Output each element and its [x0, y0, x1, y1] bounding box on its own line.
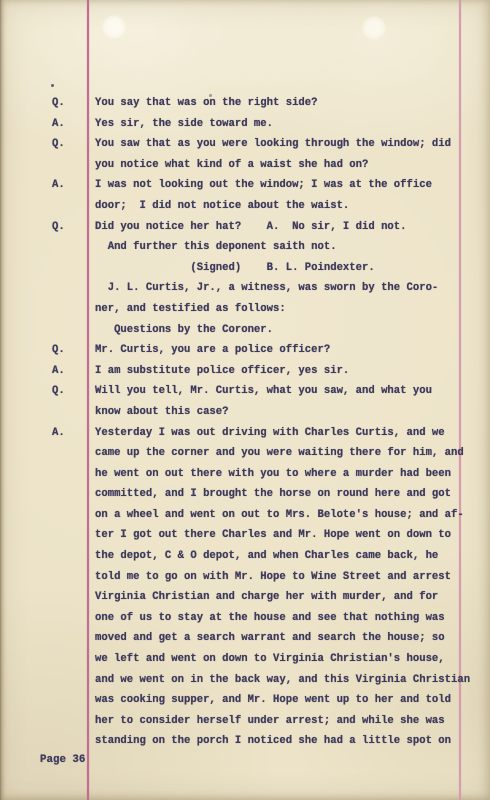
ink-speck: [51, 84, 54, 87]
line-text: one of us to stay at the house and see t…: [95, 608, 445, 629]
transcript-line: Q.Mr. Curtis, you are a police officer?: [52, 340, 488, 361]
transcript-line: the depot, C & O depot, and when Charles…: [52, 546, 488, 567]
transcript-line: Virginia Christian and charge her with m…: [52, 587, 488, 608]
line-text: the depot, C & O depot, and when Charles…: [95, 546, 438, 567]
line-text: ner, and testified as follows:: [95, 299, 286, 320]
transcript-line: A.Yesterday I was out driving with Charl…: [52, 423, 488, 444]
qa-label: Q.: [52, 134, 65, 155]
line-text: You saw that as you were looking through…: [95, 134, 451, 155]
transcript-line: her to consider herself under arrest; an…: [52, 711, 488, 732]
hole-punch-left: [102, 15, 126, 39]
line-text: (Signed) B. L. Poindexter.: [95, 258, 375, 279]
line-text: was cooking supper, and Mr. Hope went up…: [95, 690, 451, 711]
transcript-line: (Signed) B. L. Poindexter.: [52, 258, 488, 279]
qa-label: A.: [52, 114, 65, 135]
line-text: You say that was on the right side?: [95, 93, 318, 114]
line-text: Did you notice her hat? A. No sir, I did…: [95, 217, 407, 238]
transcript-line: he went on out there with you to where a…: [52, 464, 488, 485]
transcript-line: was cooking supper, and Mr. Hope went up…: [52, 690, 488, 711]
line-text: came up the corner and you were waiting …: [95, 443, 464, 464]
line-text: told me to go on with Mr. Hope to Wine S…: [95, 567, 451, 588]
line-text: ter I got out there Charles and Mr. Hope…: [95, 525, 451, 546]
transcript-line: ner, and testified as follows:: [52, 299, 488, 320]
line-text: And further this deponent saith not.: [95, 237, 337, 258]
transcript-line: came up the corner and you were waiting …: [52, 443, 488, 464]
transcript-line: And further this deponent saith not.: [52, 237, 488, 258]
transcript-line: A.I was not looking out the window; I wa…: [52, 175, 488, 196]
transcript-line: we left and went on down to Virginia Chr…: [52, 649, 488, 670]
qa-label: Q.: [52, 93, 65, 114]
document-page: Q.You say that was on the right side?A.Y…: [0, 0, 490, 800]
line-text: Virginia Christian and charge her with m…: [95, 587, 438, 608]
transcript-line: ter I got out there Charles and Mr. Hope…: [52, 525, 488, 546]
line-text: Will you tell, Mr. Curtis, what you saw,…: [95, 381, 432, 402]
transcript-line: A.I am substitute police officer, yes si…: [52, 361, 488, 382]
line-text: I am substitute police officer, yes sir.: [95, 361, 349, 382]
transcript-line: committed, and I brought the horse on ro…: [52, 484, 488, 505]
line-text: standing on the porch I noticed she had …: [95, 731, 451, 752]
transcript-line: you notice what kind of a waist she had …: [52, 155, 488, 176]
line-text: know about this case?: [95, 402, 229, 423]
transcript-line: moved and get a search warrant and searc…: [52, 628, 488, 649]
transcript-line: Q.You saw that as you were looking throu…: [52, 134, 488, 155]
transcript-line: door; I did not notice about the waist.: [52, 196, 488, 217]
line-text: Yesterday I was out driving with Charles…: [95, 423, 445, 444]
qa-label: A.: [52, 423, 65, 444]
transcript-line: and we went on in the back way, and this…: [52, 670, 488, 691]
transcript-line: J. L. Curtis, Jr., a witness, was sworn …: [52, 278, 488, 299]
paper-edge-shadow: [0, 0, 5, 800]
line-text: Mr. Curtis, you are a police officer?: [95, 340, 330, 361]
qa-label: A.: [52, 361, 65, 382]
line-text: her to consider herself under arrest; an…: [95, 711, 445, 732]
transcript-line: Questions by the Coroner.: [52, 320, 488, 341]
qa-label: Q.: [52, 381, 65, 402]
hole-punch-right: [362, 16, 386, 40]
qa-label: A.: [52, 175, 65, 196]
line-text: Questions by the Coroner.: [95, 320, 273, 341]
line-text: I was not looking out the window; I was …: [95, 175, 432, 196]
line-text: J. L. Curtis, Jr., a witness, was sworn …: [95, 278, 438, 299]
line-text: door; I did not notice about the waist.: [95, 196, 349, 217]
transcript-line: one of us to stay at the house and see t…: [52, 608, 488, 629]
transcript-line: told me to go on with Mr. Hope to Wine S…: [52, 567, 488, 588]
transcript-line: A.Yes sir, the side toward me.: [52, 114, 488, 135]
qa-label: Q.: [52, 340, 65, 361]
transcript-line: Q.You say that was on the right side?: [52, 93, 488, 114]
line-text: on a wheel and went on out to Mrs. Belot…: [95, 505, 464, 526]
line-text: committed, and I brought the horse on ro…: [95, 484, 451, 505]
transcript-line: standing on the porch I noticed she had …: [52, 731, 488, 752]
line-text: and we went on in the back way, and this…: [95, 670, 470, 691]
transcript-line: on a wheel and went on out to Mrs. Belot…: [52, 505, 488, 526]
line-text: we left and went on down to Virginia Chr…: [95, 649, 445, 670]
transcript-line: know about this case?: [52, 402, 488, 423]
page-number: Page 36: [40, 754, 85, 766]
line-text: you notice what kind of a waist she had …: [95, 155, 368, 176]
transcript: Q.You say that was on the right side?A.Y…: [52, 93, 488, 752]
line-text: moved and get a search warrant and searc…: [95, 628, 445, 649]
ink-speck: [209, 94, 212, 97]
transcript-line: Q.Did you notice her hat? A. No sir, I d…: [52, 217, 488, 238]
transcript-line: Q.Will you tell, Mr. Curtis, what you sa…: [52, 381, 488, 402]
qa-label: Q.: [52, 217, 65, 238]
line-text: Yes sir, the side toward me.: [95, 114, 273, 135]
line-text: he went on out there with you to where a…: [95, 464, 451, 485]
